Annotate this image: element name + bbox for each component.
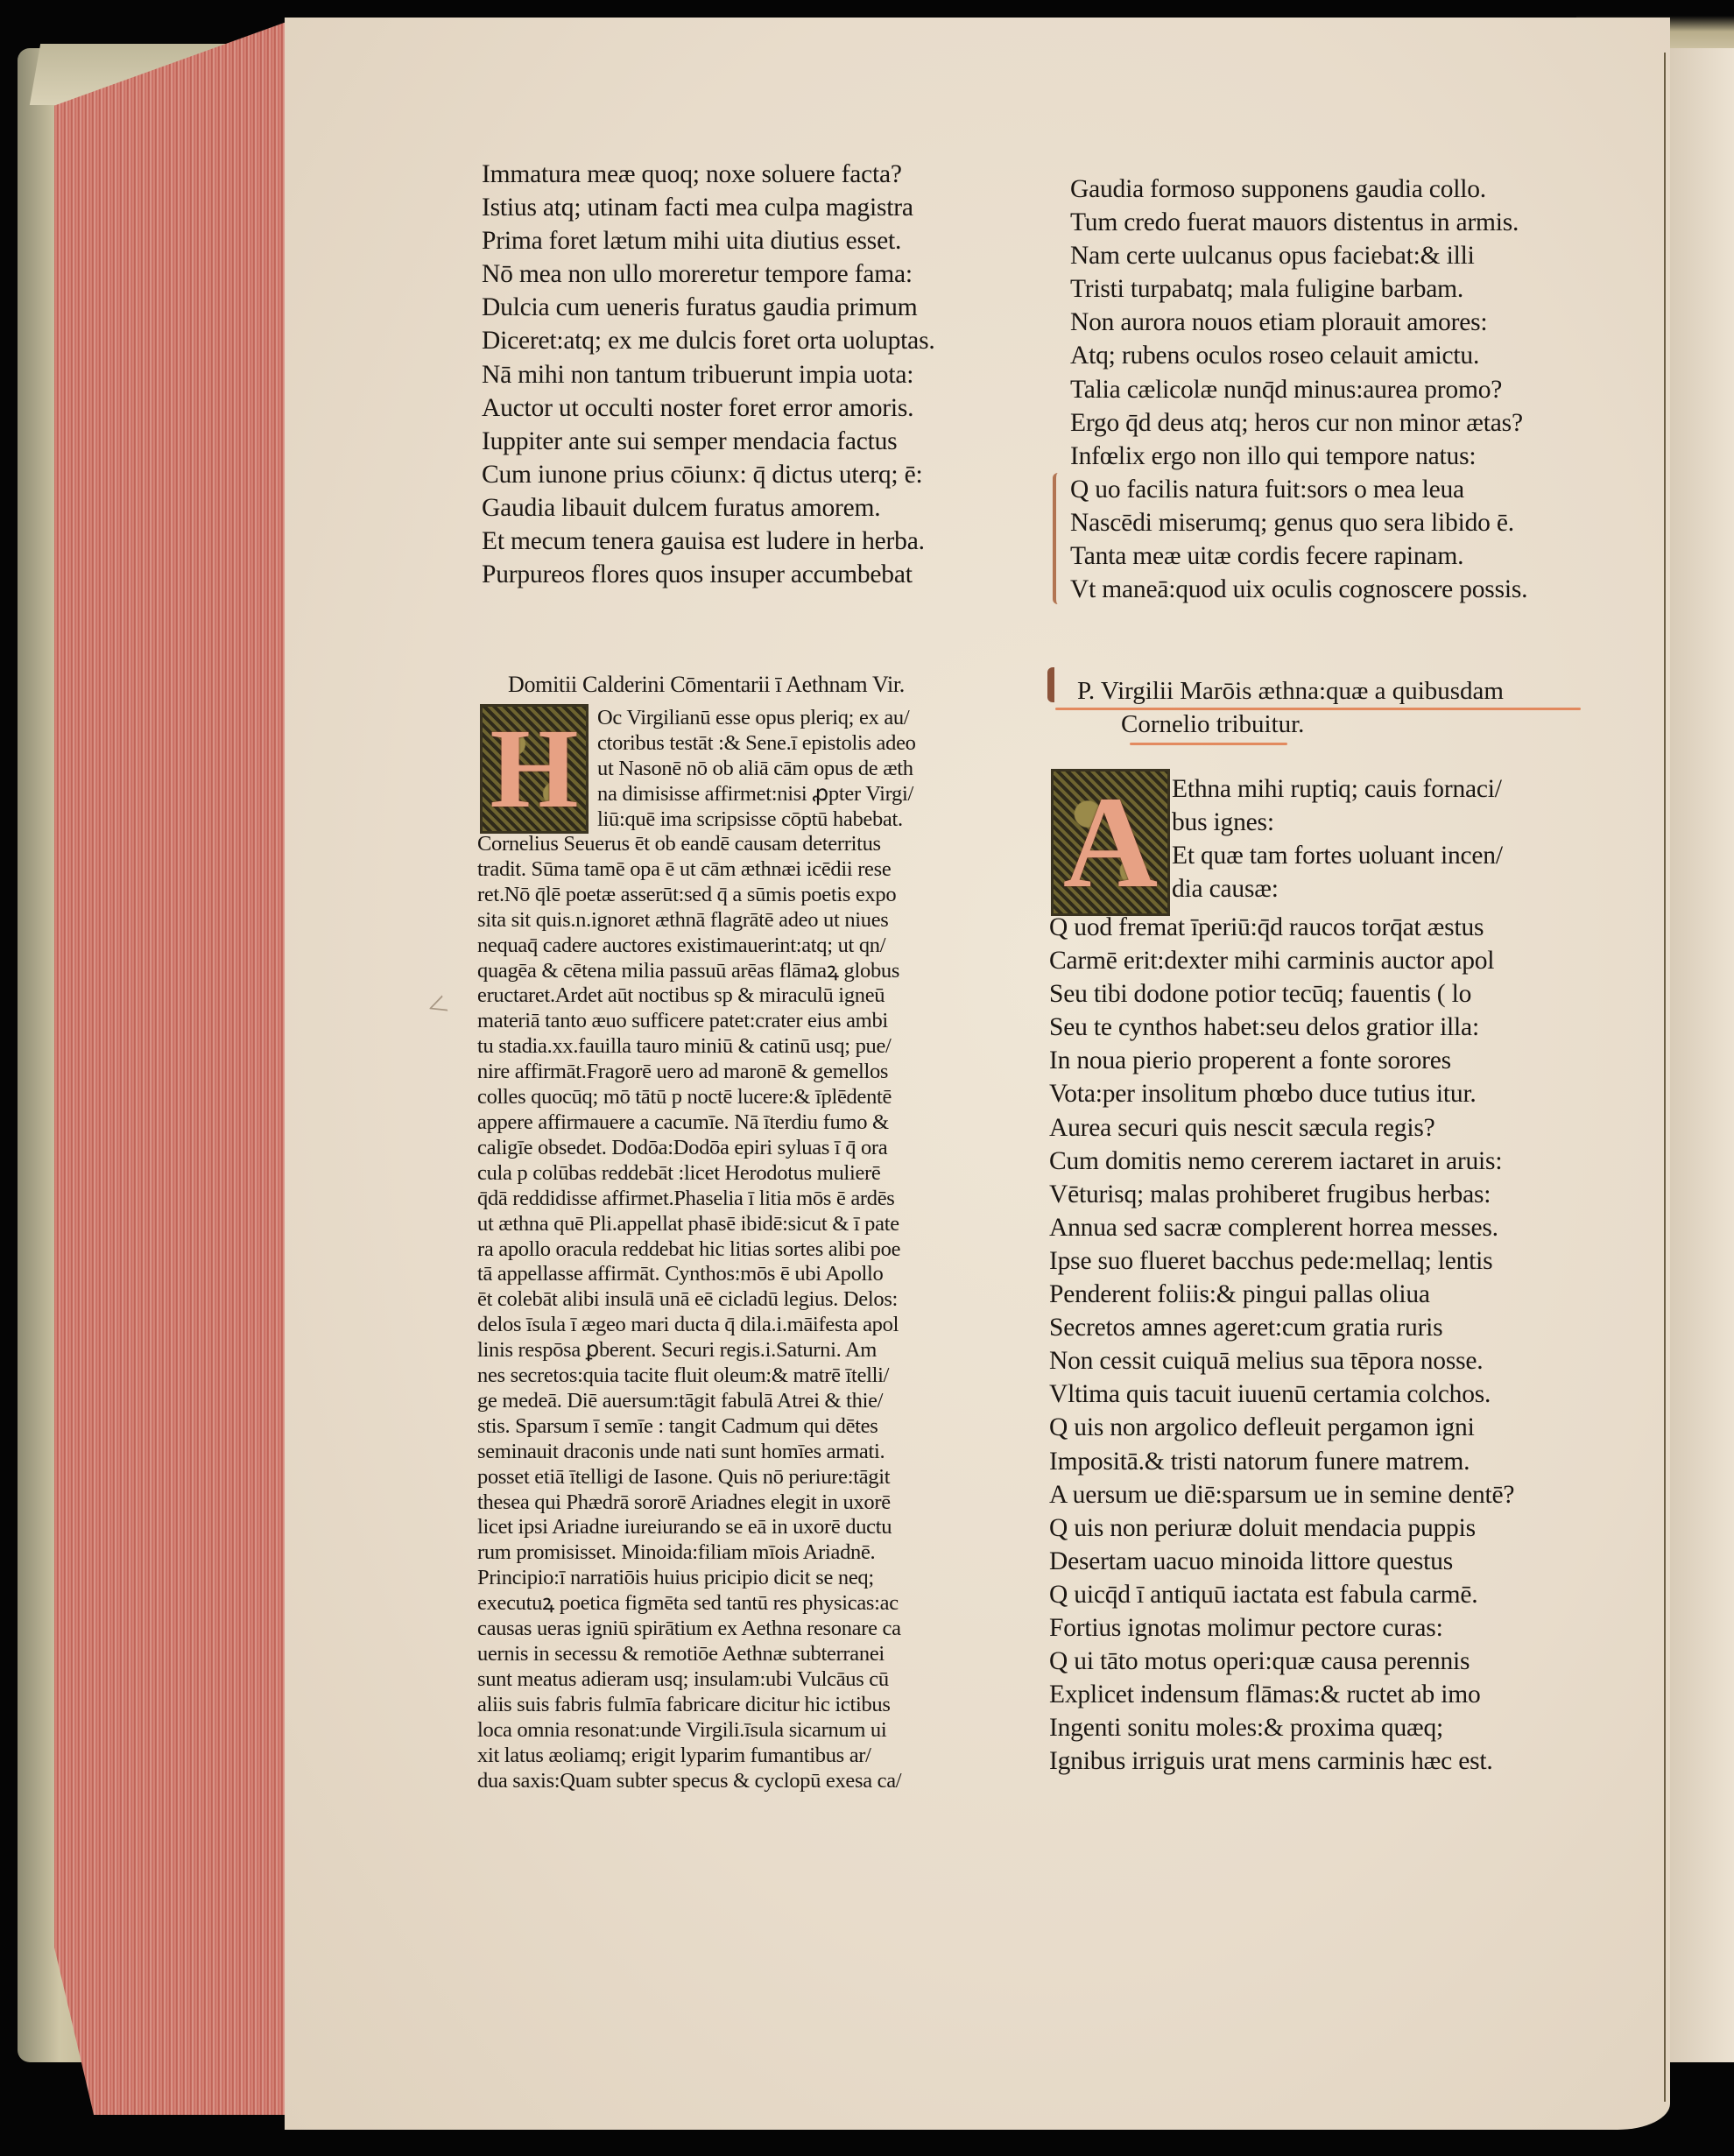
rubric-bracket: [1053, 473, 1068, 604]
commentary-line: posset etiā ītelligi de Iasone. Quis nō …: [477, 1465, 901, 1490]
top-right-verse-column: Gaudia formoso supponens gaudia collo. T…: [1070, 173, 1527, 606]
verse-line: Seu tibi dodone potior tecūq; fauentis (…: [1049, 977, 1514, 1011]
commentary-line: cula p colūbas reddebāt :licet Herodotus…: [477, 1161, 901, 1187]
commentary-line: linis respōsa ꝑberent. Securi regis.i.Sa…: [477, 1338, 901, 1363]
verse-line: Carmē erit:dexter mihi carminis auctor a…: [1049, 944, 1514, 977]
verse-line: Penderent foliis:& pingui pallas oliua: [1049, 1278, 1514, 1311]
aetna-verse-column: Q uod fremat īperiū:q̄d raucos torq̄at æ…: [1049, 911, 1514, 1778]
commentary-line: Principio:ī narratiōis huius pricipio di…: [477, 1566, 901, 1591]
commentary-line: nequaq̄ cadere auctores existimauerint:a…: [477, 934, 901, 959]
rubric-paragraph-mark: [1047, 667, 1063, 702]
verse-line: Ipse suo flueret bacchus pede:mellaq; le…: [1049, 1244, 1514, 1278]
facing-page-edge: [1666, 48, 1734, 2062]
verse-line: Q uicq̄d ī antiquū iactata est fabula ca…: [1049, 1578, 1514, 1611]
verse-line: Ingenti sonitu moles:& proxima quæq;: [1049, 1711, 1514, 1744]
commentary-line: thesea qui Phædrā sororē Ariadnes elegit…: [477, 1490, 901, 1516]
commentary-line: xit latus æoliamq; erigit lyparim fumant…: [477, 1744, 901, 1769]
commentary-line: sunt meatus adieram usq; insulam:ubi Vul…: [477, 1667, 901, 1693]
commentary-line: liū:quē ima scripsisse cōptū habebat.: [597, 807, 916, 833]
commentary-line: caligīe obsedet. Dodōa:Dodōa epiri sylua…: [477, 1136, 901, 1161]
commentary-line: na dimisisse affirmet:nisi ꝓpter Virgi/: [597, 782, 916, 807]
verse-line: Annua sed sacræ complerent horrea messes…: [1049, 1211, 1514, 1244]
red-page-edges: [54, 22, 286, 2115]
verse-line: dia causæ:: [1172, 872, 1503, 905]
commentary-line: eructaret.Ardet aūt noctibus sp & miracu…: [477, 983, 901, 1009]
verse-line: Gaudia formoso supponens gaudia collo.: [1070, 173, 1527, 206]
commentary-line: nes secretos:quia tacite fluit oleum:& m…: [477, 1363, 901, 1389]
commentary-line: Cornelius Seuerus ēt ob eandē causam det…: [477, 832, 901, 857]
verse-line: Secretos amnes ageret:cum gratia ruris: [1049, 1311, 1514, 1344]
gutter-line: [1664, 53, 1666, 2102]
aetna-heading-line1: P. Virgilii Marōis æthna:quæ a quibusdam: [1077, 674, 1504, 708]
verse-line: Vēturisq; malas prohiberet frugibus herb…: [1049, 1178, 1514, 1211]
aetna-beside-initial: Ethna mihi ruptiq; cauis fornaci/ bus ig…: [1172, 772, 1503, 905]
commentary-line: materiā tanto æuo sufficere patet:crater…: [477, 1009, 901, 1034]
commentary-line: causas ueras igniū spirātium ex Aethna r…: [477, 1617, 901, 1642]
verse-line: Immatura meæ quoq; noxe soluere facta?: [482, 158, 935, 191]
commentary-line: executuꝝ poetica figmēta sed tantū res p…: [477, 1591, 901, 1617]
verse-line: Q ui tāto motus operi:quæ causa perennis: [1049, 1645, 1514, 1678]
commentary-line: tradit. Sūma tamē opa ē ut cām æthnæi ic…: [477, 857, 901, 883]
commentary-title: Domitii Calderini Cōmentarii ī Aethnam V…: [508, 673, 905, 698]
commentary-line: tā appellasse affirmāt. Cynthos:mōs ē ub…: [477, 1262, 901, 1287]
commentary-line: ra apollo oracula reddebat hic litias so…: [477, 1237, 901, 1263]
verse-line: Purpureos flores quos insuper accumbebat: [482, 558, 935, 591]
commentary-line: ctoribus testāt :& Sene.ī epistolis adeo: [597, 731, 916, 757]
commentary-line: stis. Sparsum ī semīe : tangit Cadmum qu…: [477, 1414, 901, 1440]
verse-line: Nam certe uulcanus opus faciebat:& illi: [1070, 239, 1527, 272]
aetna-heading-line2: Cornelio tribuitur.: [1121, 708, 1304, 741]
verse-line: Dulcia cum ueneris furatus gaudia primum: [482, 291, 935, 324]
commentary-body: Cornelius Seuerus ēt ob eandē causam det…: [477, 832, 901, 1793]
verse-line: Q uod fremat īperiū:q̄d raucos torq̄at æ…: [1049, 911, 1514, 944]
verse-line: Auctor ut occulti noster foret error amo…: [482, 391, 935, 425]
verse-line: Cum domitis nemo cererem iactaret in aru…: [1049, 1145, 1514, 1178]
verse-line: Impositā.& tristi natorum funere matrem.: [1049, 1445, 1514, 1478]
commentary-line: ut Nasonē nō ob aliā cām opus de æth: [597, 757, 916, 782]
verse-line: Seu te cynthos habet:seu delos gratior i…: [1049, 1011, 1514, 1044]
verse-line: Istius atq; utinam facti mea culpa magis…: [482, 191, 935, 224]
top-left-verse-column: Immatura meæ quoq; noxe soluere facta? I…: [482, 158, 935, 591]
verse-line: Atq; rubens oculos roseo celauit amictu.: [1070, 339, 1527, 372]
verse-line: A uersum ue diē:sparsum ue in semine den…: [1049, 1478, 1514, 1511]
commentary-line: sita sit quis.n.ignoret æthnā flagrātē a…: [477, 908, 901, 934]
verse-line: Vltima quis tacuit iuuenū certamia colch…: [1049, 1377, 1514, 1411]
commentary-line: ge medeā. Diē auersum:tāgit fabulā Atrei…: [477, 1389, 901, 1414]
verse-line: Prima foret lætum mihi uita diutius esse…: [482, 224, 935, 257]
verse-line: Tristi turpabatq; mala fuligine barbam.: [1070, 272, 1527, 306]
verse-line: Tanta meæ uitæ cordis fecere rapinam.: [1070, 539, 1527, 573]
commentary-line: ut æthna quē Pli.appellat phasē ibidē:si…: [477, 1212, 901, 1237]
verse-line: Iuppiter ante sui semper mendacia factus: [482, 425, 935, 458]
verse-line: Et quæ tam fortes uoluant incen/: [1172, 839, 1503, 872]
decorated-initial-h: H: [480, 704, 589, 834]
commentary-line: appere affirmauere a cacumīe. Nā īterdiu…: [477, 1110, 901, 1136]
verse-line: Tum credo fuerat mauors distentus in arm…: [1070, 206, 1527, 239]
verse-line: Q uo facilis natura fuit:sors o mea leua: [1070, 473, 1527, 506]
commentary-line: aliis suis fabris fulmīa fabricare dicit…: [477, 1693, 901, 1718]
decorated-initial-a: A: [1051, 769, 1170, 916]
verse-line: Q uis non periuræ doluit mendacia puppis: [1049, 1511, 1514, 1545]
verse-line: Ethna mihi ruptiq; cauis fornaci/: [1172, 772, 1503, 806]
verse-line: Ergo q̄d deus atq; heros cur non minor æ…: [1070, 406, 1527, 440]
rubric-underline: [1055, 708, 1581, 710]
verse-line: Vota:per insolitum phœbo duce tutius itu…: [1049, 1077, 1514, 1110]
commentary-line: uernis in secessu & remotiōe Aethnæ subt…: [477, 1642, 901, 1667]
verse-line: Nā mihi non tantum tribuerunt impia uota…: [482, 358, 935, 391]
verse-line: In noua pierio properent a fonte sorores: [1049, 1044, 1514, 1077]
verse-line: bus ignes:: [1172, 806, 1503, 839]
commentary-line: loca omnia resonat:unde Virgili.īsula si…: [477, 1718, 901, 1744]
verse-line: Non cessit cuiquā melius sua tēpora noss…: [1049, 1344, 1514, 1377]
verse-line: Desertam uacuo minoida littore questus: [1049, 1545, 1514, 1578]
commentary-line: Oc Virgilianū esse opus pleriq; ex au/: [597, 706, 916, 731]
commentary-line: colles quocūq; mō tātū p noctē lucere:& …: [477, 1085, 901, 1110]
commentary-line: licet ipsi Ariadne iureiurando se eā in …: [477, 1515, 901, 1540]
verse-line: Vt maneā:quod uix oculis cognoscere poss…: [1070, 573, 1527, 606]
commentary-line: nire affirmāt.Fragorē uero ad maronē & g…: [477, 1060, 901, 1085]
verse-line: Aurea securi quis nescit sæcula regis?: [1049, 1111, 1514, 1145]
commentary-line: tu stadia.xx.fauilla tauro miniū & catin…: [477, 1034, 901, 1060]
commentary-line: rum promisisset. Minoida:filiam mīois Ar…: [477, 1540, 901, 1566]
commentary-line: quagēa & cētena milia passuū arēas flāma…: [477, 959, 901, 984]
commentary-line: delos īsula ī ægeo mari ducta q̄ dila.i.…: [477, 1313, 901, 1338]
verse-line: Diceret:atq; ex me dulcis foret orta uol…: [482, 324, 935, 357]
verse-line: Gaudia libauit dulcem furatus amorem.: [482, 491, 935, 525]
verse-line: Talia cælicolæ nunq̄d minus:aurea promo?: [1070, 373, 1527, 406]
commentary-line: ēt colebāt alibi insulā unā eē cicladū l…: [477, 1287, 901, 1313]
commentary-line: q̄dā reddidisse affirmet.Phaselia ī liti…: [477, 1187, 901, 1212]
rubric-underline: [1130, 743, 1287, 745]
verse-line: Nō mea non ullo moreretur tempore fama:: [482, 257, 935, 291]
verse-line: Et mecum tenera gauisa est ludere in her…: [482, 525, 935, 558]
commentary-line: dua saxis:Quam subter specus & cyclopū e…: [477, 1769, 901, 1794]
verse-line: Cum iunone prius cōiunx: q̄ dictus uterq…: [482, 458, 935, 491]
verse-line: Non aurora nouos etiam plorauit amores:: [1070, 306, 1527, 339]
commentary-line: seminauit draconis unde nati sunt homīes…: [477, 1440, 901, 1465]
verse-line: Ignibus irriguis urat mens carminis hæc …: [1049, 1744, 1514, 1778]
commentary-line: ret.Nō q̄lē poetæ asserūt:sed q̄ a sūmis…: [477, 883, 901, 908]
verse-line: Fortius ignotas molimur pectore curas:: [1049, 1611, 1514, 1645]
verse-line: Explicet indensum flāmas:& ructet ab imo: [1049, 1678, 1514, 1711]
commentary-beside-initial: Oc Virgilianū esse opus pleriq; ex au/ c…: [597, 706, 916, 833]
verse-line: Infœlix ergo non illo qui tempore natus:: [1070, 440, 1527, 473]
verse-line: Nascēdi miserumq; genus quo sera libido …: [1070, 506, 1527, 539]
verse-line: Q uis non argolico defleuit pergamon ign…: [1049, 1411, 1514, 1444]
